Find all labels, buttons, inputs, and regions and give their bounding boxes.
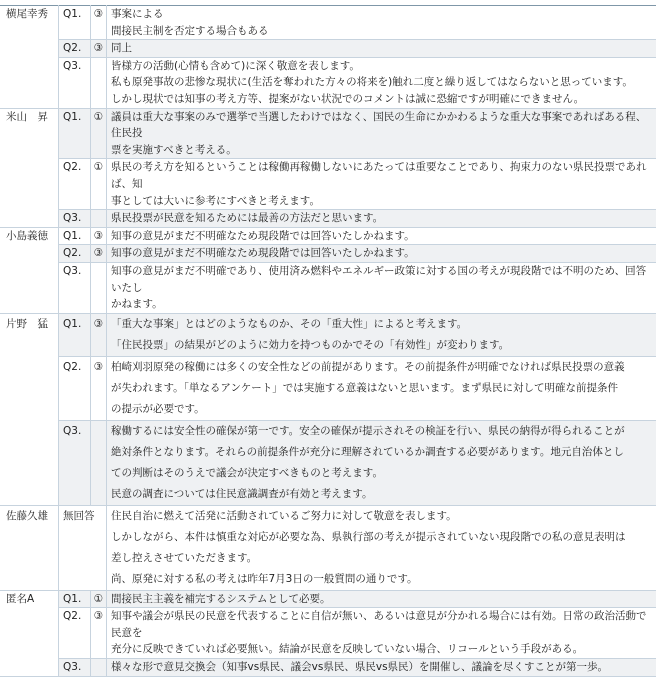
- answer-line: 皆様方の活動(心情も含めて)に深く敬意を表します。: [111, 58, 652, 75]
- answer-line: 民意の調査については住民意識調査が有効と考えます。: [111, 484, 652, 505]
- answer-text: 知事の意見がまだ不明確なため現段階では回答いたしかねます。: [107, 227, 657, 245]
- answer-line: 知事の意見がまだ不明確なため現段階では回答いたしかねます。: [111, 228, 652, 245]
- response-row: 小島義徳Q1.③知事の意見がまだ不明確なため現段階では回答いたしかねます。: [0, 227, 656, 245]
- response-row: Q3.稼働するには安全性の確保が第一です。安全の確保が提示されその検証を行い、県…: [0, 420, 656, 505]
- answer-line: 議員は重大な事案のみで選挙で当選したわけではなく、国民の生命にかかわるような重大…: [111, 109, 652, 142]
- answer-line: 稼働するには安全性の確保が第一です。安全の確保が提示されその検証を行い、県民の納…: [111, 421, 652, 442]
- question-number: Q3.: [59, 420, 91, 505]
- answer-line: しかしながら、本件は慎重な対応が必要な為、県執行部の考えが提示されていない現段階…: [111, 527, 652, 548]
- answer-text: 同上: [107, 40, 657, 58]
- choice-mark: ③: [91, 313, 107, 356]
- question-number: Q1.: [59, 313, 91, 356]
- respondent-name: 米山 昇: [0, 108, 59, 227]
- question-number: Q3.: [59, 57, 91, 108]
- choice-mark: [91, 57, 107, 108]
- answer-text: 住民自治に燃えて活発に活動されているご努力に対して敬意を表します。しかしながら、…: [107, 505, 657, 567]
- response-row: Q3.県民投票が民意を知るためには最善の方法だと思います。: [0, 210, 656, 228]
- answer-line: ての判断はそのうえで議会が決定すべきものと考えます。: [111, 463, 652, 484]
- choice-mark: ③: [91, 40, 107, 58]
- no-answer-label: 無回答: [59, 505, 107, 567]
- choice-mark: [91, 210, 107, 228]
- answer-line: 私も原発事故の悲惨な現状に(生活を奪われた方々の将来を)触れ二度と繰り返してはな…: [111, 74, 652, 91]
- respondent-name: 横尾幸秀: [0, 6, 59, 109]
- choice-mark: ③: [91, 227, 107, 245]
- respondent-name: 佐藤久雄: [0, 505, 59, 567]
- question-number: Q2.: [59, 245, 91, 263]
- response-row: Q2.③柏崎刈羽原発の稼働には多くの安全性などの前提があります。その前提条件が明…: [0, 356, 656, 420]
- choice-mark: [91, 420, 107, 505]
- response-row: Q2.③知事の意見がまだ不明確なため現段階では回答いたしかねます。: [0, 245, 656, 263]
- answer-line: 「重大な事案」とはどのようなものか、その「重大性」によると考えます。: [111, 314, 652, 335]
- answer-text: 知事の意見がまだ不明確であり、使用済み燃料やエネルギー政策に対する国の考えが現段…: [107, 262, 657, 313]
- question-number: Q1.: [59, 108, 91, 159]
- choice-mark: ③: [91, 356, 107, 420]
- response-row: Q3.皆様方の活動(心情も含めて)に深く敬意を表します。私も原発事故の悲惨な現状…: [0, 57, 656, 108]
- response-row: Q3.知事の意見がまだ不明確であり、使用済み燃料やエネルギー政策に対する国の考え…: [0, 262, 656, 313]
- answer-text: 皆様方の活動(心情も含めて)に深く敬意を表します。私も原発事故の悲惨な現状に(生…: [107, 57, 657, 108]
- answer-line: の提示が必要です。: [111, 399, 652, 420]
- question-number: Q2.: [59, 40, 91, 58]
- answer-text: 事案による間接民主制を否定する場合もある: [107, 6, 657, 40]
- respondent-name: 片野 猛: [0, 313, 59, 505]
- question-number: Q1.: [59, 6, 91, 40]
- response-row: 片野 猛Q1.③「重大な事案」とはどのようなものか、その「重大性」によると考えま…: [0, 313, 656, 356]
- answer-text: 「重大な事案」とはどのようなものか、その「重大性」によると考えます。「住民投票」…: [107, 313, 657, 356]
- choice-mark: ①: [91, 108, 107, 159]
- answer-text: 知事の意見がまだ不明確なため現段階では回答いたしかねます。: [107, 245, 657, 263]
- answer-line: 「住民投票」の結果がどのように効力を持つものかでその「有効性」が変わります。: [111, 335, 652, 356]
- respondent-name: 小島義徳: [0, 227, 59, 313]
- answer-line: 住民自治に燃えて活発に活動されているご努力に対して敬意を表します。: [111, 506, 652, 527]
- answer-text: 柏崎刈羽原発の稼働には多くの安全性などの前提があります。その前提条件が明確でなけ…: [107, 356, 657, 420]
- answer-text: 県民の考え方を知るということは稼働再稼働しないにあたっては重要なことであり、拘束…: [107, 159, 657, 210]
- answer-line: 事としては大いに参考にすべきと考えます。: [111, 193, 652, 210]
- answer-line: 県民の考え方を知るということは稼働再稼働しないにあたっては重要なことであり、拘束…: [111, 159, 652, 192]
- answer-line: 絶対条件となります。それらの前提条件が充分に理解されているか調査する必要がありま…: [111, 442, 652, 463]
- choice-mark: ③: [91, 245, 107, 263]
- response-row: Q2.③同上: [0, 40, 656, 58]
- answer-line: が失われます。「単なるアンケート」では実施する意義はないと思います。まず県民に対…: [111, 378, 652, 399]
- response-row: 米山 昇Q1.①議員は重大な事案のみで選挙で当選したわけではなく、国民の生命にか…: [0, 108, 656, 159]
- response-row: 横尾幸秀Q1.③事案による間接民主制を否定する場合もある: [0, 6, 656, 40]
- answer-line: 柏崎刈羽原発の稼働には多くの安全性などの前提があります。その前提条件が明確でなけ…: [111, 357, 652, 378]
- question-number: Q2.: [59, 159, 91, 210]
- answer-line: 同上: [111, 40, 652, 57]
- answer-line: 事案による: [111, 6, 652, 23]
- answer-text: 議員は重大な事案のみで選挙で当選したわけではなく、国民の生命にかかわるような重大…: [107, 108, 657, 159]
- answer-text: 県民投票が民意を知るためには最善の方法だと思います。: [107, 210, 657, 228]
- survey-response-table: 横尾幸秀Q1.③事案による間接民主制を否定する場合もあるQ2.③同上Q3.皆様方…: [0, 5, 656, 567]
- response-row: Q2.①県民の考え方を知るということは稼働再稼働しないにあたっては重要なことであ…: [0, 159, 656, 210]
- choice-mark: ①: [91, 159, 107, 210]
- answer-line: 間接民主制を否定する場合もある: [111, 23, 652, 40]
- answer-text: 稼働するには安全性の確保が第一です。安全の確保が提示されその検証を行い、県民の納…: [107, 420, 657, 505]
- response-row: 佐藤久雄無回答住民自治に燃えて活発に活動されているご努力に対して敬意を表します。…: [0, 505, 656, 567]
- choice-mark: [91, 262, 107, 313]
- question-number: Q1.: [59, 227, 91, 245]
- answer-line: 差し控えさせていただきます。: [111, 548, 652, 567]
- question-number: Q3.: [59, 262, 91, 313]
- answer-line: 知事の意見がまだ不明確なため現段階では回答いたしかねます。: [111, 245, 652, 262]
- question-number: Q3.: [59, 210, 91, 228]
- answer-line: 票を実施すべきと考える。: [111, 142, 652, 159]
- question-number: Q2.: [59, 356, 91, 420]
- answer-line: 県民投票が民意を知るためには最善の方法だと思います。: [111, 210, 652, 227]
- answer-line: 知事の意見がまだ不明確であり、使用済み燃料やエネルギー政策に対する国の考えが現段…: [111, 263, 652, 296]
- answer-line: かねます。: [111, 296, 652, 313]
- choice-mark: ③: [91, 6, 107, 40]
- answer-line: しかし現状では知事の考え方等、提案がない状況でのコメントは誠に恐縮ですが明確にで…: [111, 91, 652, 108]
